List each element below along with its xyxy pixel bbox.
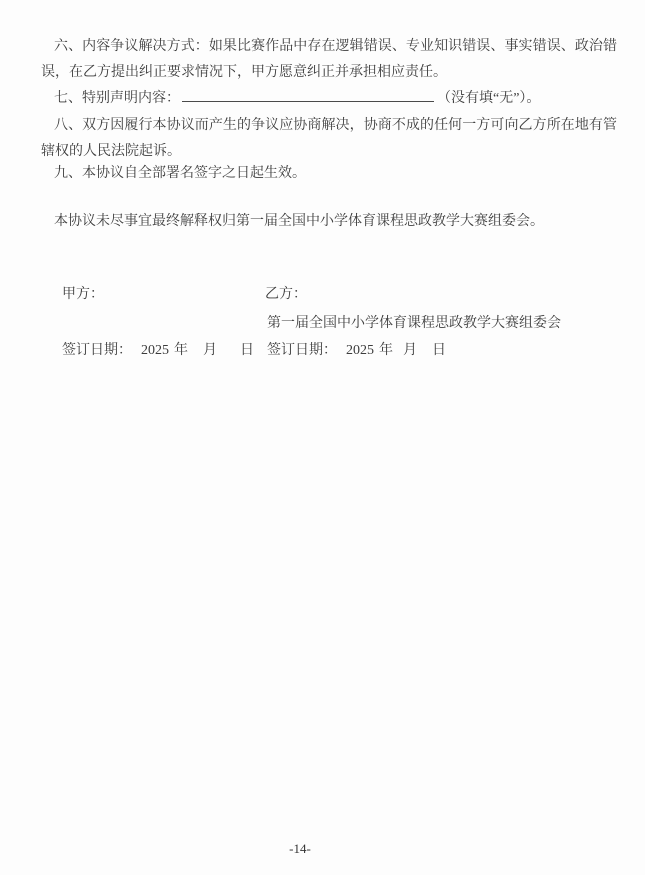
sign-date-year-unit: 年 [174,343,188,358]
sign-date-year-unit: 年 [379,343,393,358]
clause-6-paragraph: 六、内容争议解决方式：如果比赛作品中存在逻辑错误、专业知识错误、事实错误、政治错… [41,34,617,86]
special-statement-blank-line [182,87,434,102]
document-page: 六、内容争议解决方式：如果比赛作品中存在逻辑错误、专业知识错误、事实错误、政治错… [0,0,645,875]
sign-date-month-unit: 月 [403,343,417,358]
sign-date-label: 签订日期： [62,343,132,358]
sign-date-day-unit: 日 [432,343,446,358]
party-b-name: 第一届全国中小学体育课程思政教学大赛组委会 [267,314,561,334]
special-statement-label: 七、特别声明内容： [54,91,180,106]
party-b-label: 乙方： [265,285,307,305]
sign-date-month-unit: 月 [203,343,217,358]
party-b-sign-date: 签订日期：2025年月日 [267,341,446,361]
page-number: -14- [0,841,600,857]
party-a-label: 甲方： [62,285,104,305]
sign-date-year-value: 2025 [141,343,169,358]
sign-date-day-unit: 日 [240,343,254,358]
clause-9-paragraph: 九、本协议自全部署名签字之日起生效。 [41,161,617,187]
special-statement-note: （没有填“无”）。 [437,91,540,106]
sign-date-label: 签订日期： [267,343,337,358]
clause-8-paragraph: 八、双方因履行本协议而产生的争议应协商解决，协商不成的任何一方可向乙方所在地有管… [41,113,617,165]
sign-date-year-value: 2025 [346,343,374,358]
party-a-sign-date: 签订日期：2025年月日 [62,341,254,361]
closing-note-paragraph: 本协议未尽事宜最终解释权归第一届全国中小学体育课程思政教学大赛组委会。 [41,209,617,235]
clause-7-paragraph: 七、特别声明内容：（没有填“无”）。 [41,86,617,112]
